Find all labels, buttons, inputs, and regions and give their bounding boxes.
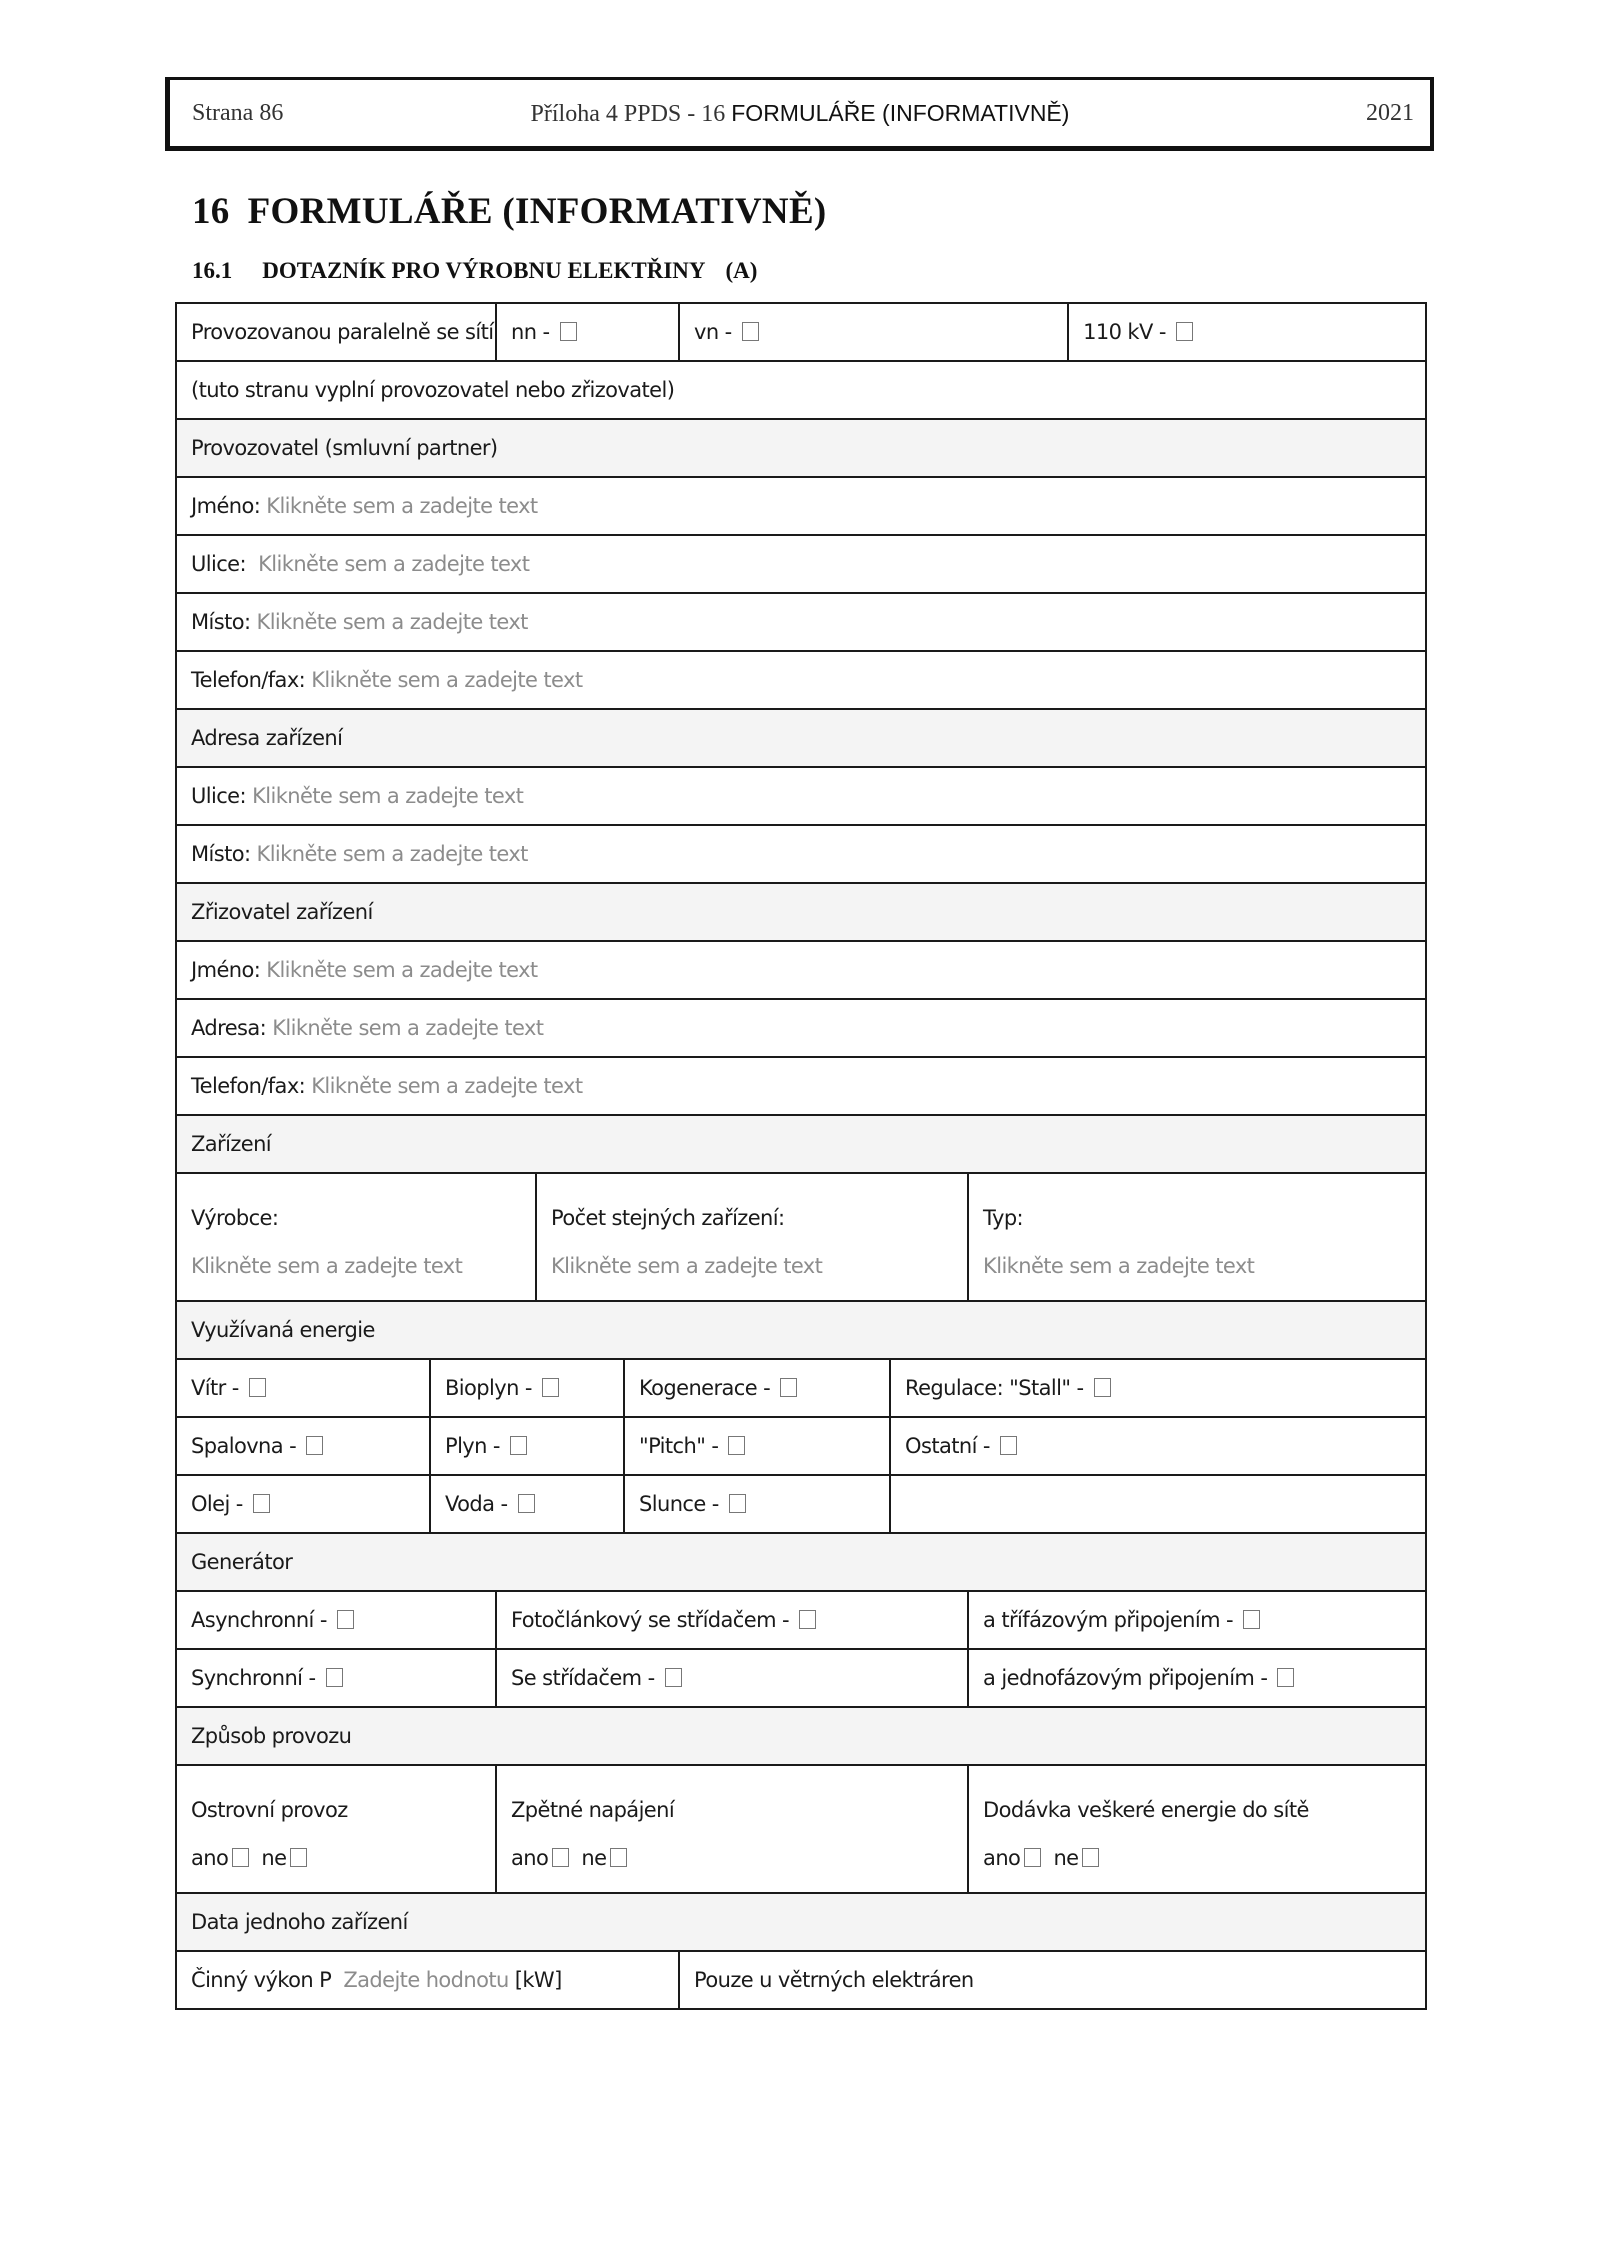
energy-biogas[interactable]: Bioplyn - [430, 1359, 624, 1417]
founder-name-field[interactable]: Jméno: Klikněte sem a zadejte text [176, 941, 1426, 999]
founder-phone-field[interactable]: Telefon/fax: Klikněte sem a zadejte text [176, 1057, 1426, 1115]
facility-street-field[interactable]: Ulice: Klikněte sem a zadejte text [176, 767, 1426, 825]
mode-back-feed: Zpětné napájení ano ne [496, 1765, 968, 1893]
checkbox-icon[interactable] [560, 322, 577, 341]
connection-label: Provozovanou paralelně se sítí PDS [176, 303, 496, 361]
section-single-device-data: Data jednoho zařízení [176, 1893, 1426, 1951]
connection-row: Provozovanou paralelně se sítí PDS nn - … [176, 303, 1426, 361]
checkbox-icon[interactable] [1024, 1848, 1041, 1867]
section-operation-mode: Způsob provozu [176, 1707, 1426, 1765]
checkbox-icon[interactable] [1000, 1436, 1017, 1455]
energy-oil[interactable]: Olej - [176, 1475, 430, 1533]
energy-stall-regulation[interactable]: Regulace: "Stall" - [890, 1359, 1426, 1417]
energy-gas[interactable]: Plyn - [430, 1417, 624, 1475]
checkbox-icon[interactable] [1243, 1610, 1260, 1629]
section-energy: Využívaná energie [176, 1301, 1426, 1359]
checkbox-icon[interactable] [610, 1848, 627, 1867]
questionnaire-form: Provozovanou paralelně se sítí PDS nn - … [175, 302, 1427, 2010]
checkbox-icon[interactable] [518, 1494, 535, 1513]
header-document-title: Příloha 4 PPDS - 16 FORMULÁŘE (INFORMATI… [170, 100, 1430, 128]
checkbox-icon[interactable] [728, 1436, 745, 1455]
checkbox-icon[interactable] [1082, 1848, 1099, 1867]
checkbox-icon[interactable] [510, 1436, 527, 1455]
wind-only-label: Pouze u větrných elektráren [679, 1951, 1426, 2009]
energy-sun[interactable]: Slunce - [624, 1475, 890, 1533]
energy-empty-cell [890, 1475, 1426, 1533]
checkbox-icon[interactable] [742, 322, 759, 341]
checkbox-icon[interactable] [780, 1378, 797, 1397]
operator-name-field[interactable]: Jméno: Klikněte sem a zadejte text [176, 477, 1426, 535]
operator-phone-field[interactable]: Telefon/fax: Klikněte sem a zadejte text [176, 651, 1426, 709]
generator-asynchronous[interactable]: Asynchronní - [176, 1591, 496, 1649]
section-generator: Generátor [176, 1533, 1426, 1591]
checkbox-icon[interactable] [290, 1848, 307, 1867]
energy-pitch[interactable]: "Pitch" - [624, 1417, 890, 1475]
section-operator: Provozovatel (smluvní partner) [176, 419, 1426, 477]
generator-inverter[interactable]: Se střídačem - [496, 1649, 968, 1707]
option-vn[interactable]: vn - [679, 303, 1068, 361]
checkbox-icon[interactable] [542, 1378, 559, 1397]
checkbox-icon[interactable] [249, 1378, 266, 1397]
chapter-heading: 16FORMULÁŘE (INFORMATIVNĚ) [192, 190, 827, 233]
checkbox-icon[interactable] [306, 1436, 323, 1455]
manufacturer-field[interactable]: Výrobce:Klikněte sem a zadejte text [176, 1173, 536, 1301]
checkbox-icon[interactable] [253, 1494, 270, 1513]
energy-cogeneration[interactable]: Kogenerace - [624, 1359, 890, 1417]
generator-synchronous[interactable]: Synchronní - [176, 1649, 496, 1707]
energy-water[interactable]: Voda - [430, 1475, 624, 1533]
energy-other[interactable]: Ostatní - [890, 1417, 1426, 1475]
energy-wind[interactable]: Vítr - [176, 1359, 430, 1417]
checkbox-icon[interactable] [665, 1668, 682, 1687]
device-type-field[interactable]: Typ:Klikněte sem a zadejte text [968, 1173, 1426, 1301]
checkbox-icon[interactable] [1176, 322, 1193, 341]
checkbox-icon[interactable] [1277, 1668, 1294, 1687]
founder-address-field[interactable]: Adresa: Klikněte sem a zadejte text [176, 999, 1426, 1057]
facility-place-field[interactable]: Místo: Klikněte sem a zadejte text [176, 825, 1426, 883]
header-year: 2021 [1366, 100, 1414, 127]
checkbox-icon[interactable] [232, 1848, 249, 1867]
active-power-field[interactable]: Činný výkon P Zadejte hodnotu [kW] [176, 1951, 679, 2009]
option-nn[interactable]: nn - [496, 303, 679, 361]
generator-three-phase[interactable]: a třífázovým připojením - [968, 1591, 1426, 1649]
energy-incinerator[interactable]: Spalovna - [176, 1417, 430, 1475]
checkbox-icon[interactable] [337, 1610, 354, 1629]
checkbox-icon[interactable] [1094, 1378, 1111, 1397]
generator-single-phase[interactable]: a jednofázovým připojením - [968, 1649, 1426, 1707]
checkbox-icon[interactable] [729, 1494, 746, 1513]
mode-full-supply: Dodávka veškeré energie do sítě ano ne [968, 1765, 1426, 1893]
checkbox-icon[interactable] [552, 1848, 569, 1867]
device-count-field[interactable]: Počet stejných zařízení:Klikněte sem a z… [536, 1173, 968, 1301]
checkbox-icon[interactable] [799, 1610, 816, 1629]
option-110kv[interactable]: 110 kV - [1068, 303, 1426, 361]
generator-photovoltaic-inverter[interactable]: Fotočlánkový se střídačem - [496, 1591, 968, 1649]
operator-street-field[interactable]: Ulice: Klikněte sem a zadejte text [176, 535, 1426, 593]
section-device: Zařízení [176, 1115, 1426, 1173]
page-running-header: Strana 86 Příloha 4 PPDS - 16 FORMULÁŘE … [165, 77, 1434, 151]
form-note: (tuto stranu vyplní provozovatel nebo zř… [176, 361, 1426, 419]
section-facility-address: Adresa zařízení [176, 709, 1426, 767]
checkbox-icon[interactable] [326, 1668, 343, 1687]
operator-place-field[interactable]: Místo: Klikněte sem a zadejte text [176, 593, 1426, 651]
section-founder: Zřizovatel zařízení [176, 883, 1426, 941]
mode-island: Ostrovní provoz ano ne [176, 1765, 496, 1893]
section-heading: 16.1DOTAZNÍK PRO VÝROBNU ELEKTŘINY(A) [192, 258, 757, 284]
